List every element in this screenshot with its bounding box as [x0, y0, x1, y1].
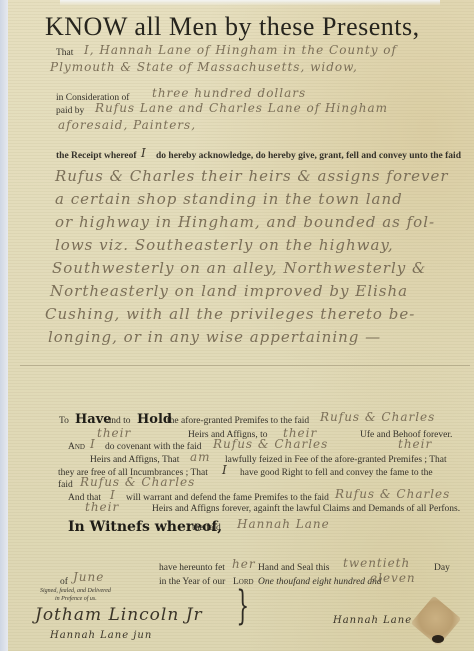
handwritten-body-line: Cushing, with all the privileges thereto… [45, 305, 415, 323]
printed-that: That [56, 48, 73, 58]
printed-hand-seal: Hand and Seal this [258, 563, 330, 573]
printed-receipt-rest: do hereby acknowledge, do hereby give, g… [156, 151, 461, 161]
handwritten-body-line: lows viz. Southeasterly on the highway, [55, 236, 394, 254]
printed-year: in the Year of our [159, 577, 225, 587]
handwritten-their: their [97, 426, 131, 440]
handwritten-their: their [398, 437, 432, 451]
printed-heirs-that: Heirs and Affigns, That [90, 455, 179, 465]
wax-seal [432, 635, 444, 643]
document-heading: KNOW all Men by these Presents, [45, 12, 420, 42]
printed-covenant: do covenant with the faid [105, 442, 202, 452]
handwritten-body-line: longing, or in any wise appertaining — [48, 328, 381, 346]
handwritten-body-line: or highway in Hingham, and bounded as fo… [55, 213, 435, 231]
handwritten-body-line: Rufus & Charles their heirs & assigns fo… [55, 167, 449, 185]
handwritten-warrant-to: Rufus & Charles [335, 487, 450, 501]
handwritten-grantor-line2: Plymouth & State of Massachusetts, widow… [50, 60, 358, 74]
printed-paid-by: paid by [56, 106, 84, 116]
printed-hold-rest: the afore-granted Premifes to the faid [167, 416, 309, 426]
printed-said: faid [58, 480, 73, 490]
printed-seized: lawfully feized in Fee of the afore-gran… [225, 455, 447, 465]
printed-forever: Heirs and Affigns forever, againft the l… [152, 504, 460, 514]
handwritten-body-line: Southwesterly on an alley, Northwesterly… [52, 259, 426, 277]
handwritten-month: June [73, 570, 104, 584]
printed-receipt: the Receipt whereof [56, 151, 137, 161]
scan-border [0, 0, 8, 651]
printed-warrant: will warrant and defend the fame Premife… [126, 493, 329, 503]
printed-and-to: and to [107, 416, 130, 426]
handwritten-said-to: Rufus & Charles [80, 475, 195, 489]
printed-day: Day [434, 563, 450, 573]
handwritten-grantor-line1: I, Hannah Lane of Hingham in the County … [84, 43, 397, 57]
printed-signed-sealed: Signed, fealed, and Delivered [40, 588, 111, 594]
printed-of: of [60, 577, 68, 587]
handwritten-her: her [232, 557, 256, 571]
printed-the-said: the faid [192, 523, 221, 533]
printed-good-right: have good Right to fell and convey the f… [240, 468, 433, 478]
handwritten-hold-to: Rufus & Charles [320, 410, 435, 424]
printed-year-text: One thoufand eight hundred and [258, 577, 382, 587]
handwritten-i: I [222, 463, 228, 477]
torn-edge [60, 0, 440, 6]
printed-to: To [59, 416, 69, 426]
fold-line [20, 365, 470, 366]
handwritten-body-line: a certain shop standing in the town land [55, 190, 403, 208]
handwritten-covenant-to: Rufus & Charles [213, 437, 328, 451]
handwritten-day: twentieth [343, 556, 410, 570]
handwritten-receipt-i: I [141, 146, 147, 160]
handwritten-year-word: eleven [370, 571, 416, 585]
handwritten-paid-by-2: aforesaid, Painters, [58, 118, 196, 132]
witness-signature-2: Hannah Lane jun [50, 630, 152, 641]
handwritten-paid-by: Rufus Lane and Charles Lane of Hingham [95, 101, 388, 115]
printed-hereunto: have hereunto fet [159, 563, 225, 573]
witness-signature-1: Jotham Lincoln Jr [35, 605, 203, 625]
grantor-signature: Hannah Lane [333, 615, 412, 626]
handwritten-i: I [90, 437, 96, 451]
handwritten-witness-name: Hannah Lane [237, 517, 330, 531]
printed-in-presence: in Prefence of us. [55, 596, 97, 602]
handwritten-their: their [85, 500, 119, 514]
handwritten-am: am [190, 450, 211, 464]
printed-and: And [68, 442, 85, 452]
brace-symbol: } [236, 583, 249, 629]
handwritten-body-line: Northeasterly on land improved by Elisha [50, 282, 408, 300]
handwritten-consideration: three hundred dollars [152, 86, 306, 100]
